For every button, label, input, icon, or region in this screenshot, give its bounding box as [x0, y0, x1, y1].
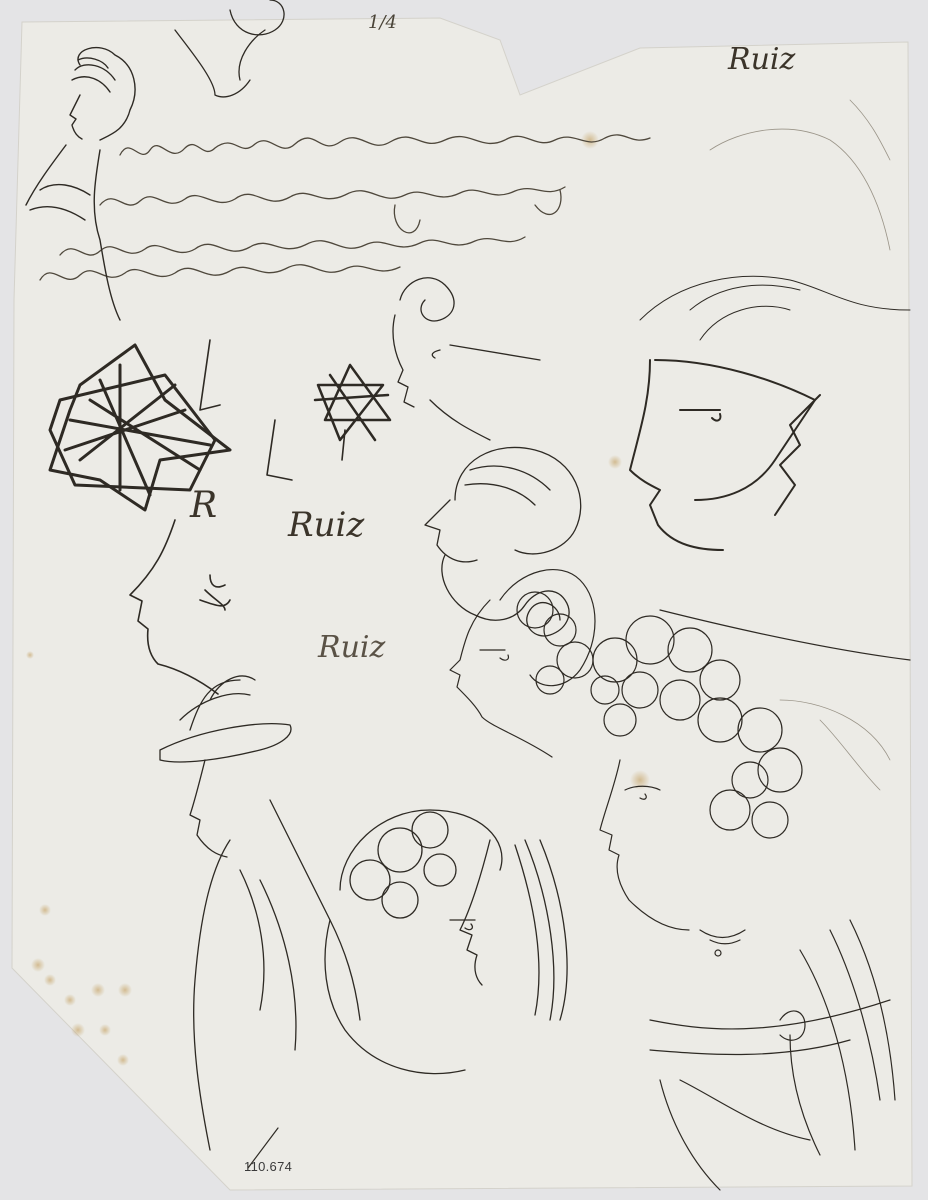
top-corner-mark: 1/4: [368, 12, 397, 33]
paper: [12, 18, 912, 1190]
signature-lower-center: Ruiz: [318, 630, 385, 665]
manuscript-sheet: [0, 0, 928, 1200]
signature-partial-left: R: [190, 485, 217, 526]
signature-center: Ruiz: [288, 505, 364, 545]
catalog-number: 110.674: [244, 1159, 292, 1174]
signature-top-right: Ruiz: [728, 42, 795, 77]
